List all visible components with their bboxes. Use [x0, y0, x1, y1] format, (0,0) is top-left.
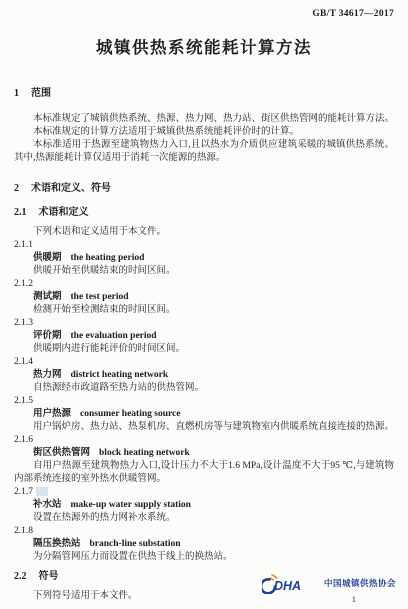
term-number: 2.1.1 [14, 239, 394, 252]
dha-logo-text: DHA [274, 579, 301, 593]
section-2-1-title: 术语和定义 [39, 207, 89, 218]
term-definition: 供暖期内进行能耗评价的时间区间。 [14, 343, 394, 356]
term-en: the evaluation period [71, 331, 157, 341]
term-en: consumer heating source [80, 409, 180, 419]
term-zh: 街区供热管网 [33, 448, 90, 458]
term-definition: 检测开始至检测结束的时间区间。 [14, 304, 394, 317]
term-definition: 用户锅炉房、热力站、热泵机房、直燃机房等与建筑物室内供暖系统直接连接的热源。 [14, 421, 394, 434]
term-en: district heating network [71, 370, 169, 380]
term-number: 2.1.5 [14, 395, 394, 408]
term-number: 2.1.3 [14, 317, 394, 330]
association-logo: DHA 中国城镇供热协会 1 [262, 572, 396, 604]
term-en: block heating network [99, 448, 190, 458]
term-number: 2.1.7 [14, 486, 394, 499]
section-2-1-number: 2.1 [14, 207, 27, 218]
term-en: make-up water supply station [71, 500, 191, 510]
section-2-title: 术语和定义、符号 [31, 183, 111, 194]
term-number: 2.1.2 [14, 278, 394, 291]
scan-artifact [36, 487, 48, 496]
term-number: 2.1.6 [14, 434, 394, 447]
term-entry: 2.1.7 补水站make-up water supply station 设置… [14, 486, 394, 525]
term-zh: 供暖期 [33, 253, 62, 263]
term-zh: 热力网 [33, 370, 62, 380]
term-definition: 设置在热源外的热力网补水系统。 [14, 512, 394, 525]
scope-paragraph-1: 本标准规定了城镇供热系统、热源、热力网、热力站、街区供热管网的能耗计算方法。 [14, 113, 394, 126]
terms-list: 2.1.1 供暖期the heating period 供暖开始至供暖结束的时间… [14, 239, 394, 564]
term-entry: 2.1.8 隔压换热站branch-line substation 为分隔管网压… [14, 525, 394, 564]
standard-code: GB/T 34617—2017 [14, 8, 394, 21]
section-2-number: 2 [14, 183, 19, 194]
term-entry: 2.1.2 测试期the test period 检测开始至检测结束的时间区间。 [14, 278, 394, 317]
term-en: the heating period [71, 253, 145, 263]
association-name: 中国城镇供热协会 [324, 577, 396, 589]
term-zh: 隔压换热站 [33, 539, 81, 549]
section-2-2-number: 2.2 [14, 571, 27, 582]
term-zh: 补水站 [33, 500, 62, 510]
section-2-heading: 2术语和定义、符号 [14, 182, 394, 195]
term-zh: 测试期 [33, 292, 62, 302]
term-en: the test period [71, 292, 129, 302]
term-entry: 2.1.4 热力网district heating network 自热源经市政… [14, 356, 394, 395]
term-name: 测试期the test period [14, 291, 394, 304]
section-2-1-heading: 2.1术语和定义 [14, 206, 394, 219]
term-definition: 供暖开始至供暖结束的时间区间。 [14, 265, 394, 278]
terms-intro: 下列术语和定义适用于本文件。 [14, 226, 394, 239]
term-definition: 自热源经市政道路至热力站的供热管网。 [14, 382, 394, 395]
scope-paragraphs: 本标准规定了城镇供热系统、热源、热力网、热力站、街区供热管网的能耗计算方法。 本… [14, 113, 394, 165]
document-title: 城镇供热系统能耗计算方法 [14, 39, 394, 57]
term-name: 补水站make-up water supply station [14, 499, 394, 512]
term-zh: 评价期 [33, 331, 62, 341]
scope-paragraph-3: 本标准适用于热源至建筑物热力入口,且以热水为介质供应建筑采暖的城镇供热系统。其中… [14, 139, 394, 165]
scope-paragraph-2: 本标准规定的计算方法适用于城镇供热系统能耗评价时的计算。 [14, 126, 394, 139]
term-number: 2.1.4 [14, 356, 394, 369]
term-entry: 2.1.3 评价期the evaluation period 供暖期内进行能耗评… [14, 317, 394, 356]
page-number: 1 [262, 594, 396, 604]
dha-logo-icon: DHA [262, 572, 320, 594]
term-number: 2.1.8 [14, 525, 394, 538]
term-definition: 为分隔管网压力而设置在供热干线上的换热站。 [14, 551, 394, 564]
term-name: 热力网district heating network [14, 369, 394, 382]
section-1-heading: 1范围 [14, 87, 394, 100]
section-2-2-title: 符号 [39, 571, 59, 582]
term-zh: 用户热源 [33, 409, 71, 419]
document-page: GB/T 34617—2017 城镇供热系统能耗计算方法 1范围 本标准规定了城… [0, 0, 408, 609]
term-definition: 自用户热源至建筑物热力入口,设计压力不大于1.6 MPa,设计温度不大于95 ℃… [14, 460, 394, 486]
term-entry: 2.1.1 供暖期the heating period 供暖开始至供暖结束的时间… [14, 239, 394, 278]
term-name: 评价期the evaluation period [14, 330, 394, 343]
term-en: branch-line substation [90, 539, 181, 549]
term-name: 用户热源consumer heating source [14, 408, 394, 421]
section-1-title: 范围 [31, 88, 51, 99]
section-1-number: 1 [14, 88, 19, 99]
term-name: 隔压换热站branch-line substation [14, 538, 394, 551]
term-name: 街区供热管网block heating network [14, 447, 394, 460]
term-name: 供暖期the heating period [14, 252, 394, 265]
term-entry: 2.1.6 街区供热管网block heating network 自用户热源至… [14, 434, 394, 486]
term-entry: 2.1.5 用户热源consumer heating source 用户锅炉房、… [14, 395, 394, 434]
